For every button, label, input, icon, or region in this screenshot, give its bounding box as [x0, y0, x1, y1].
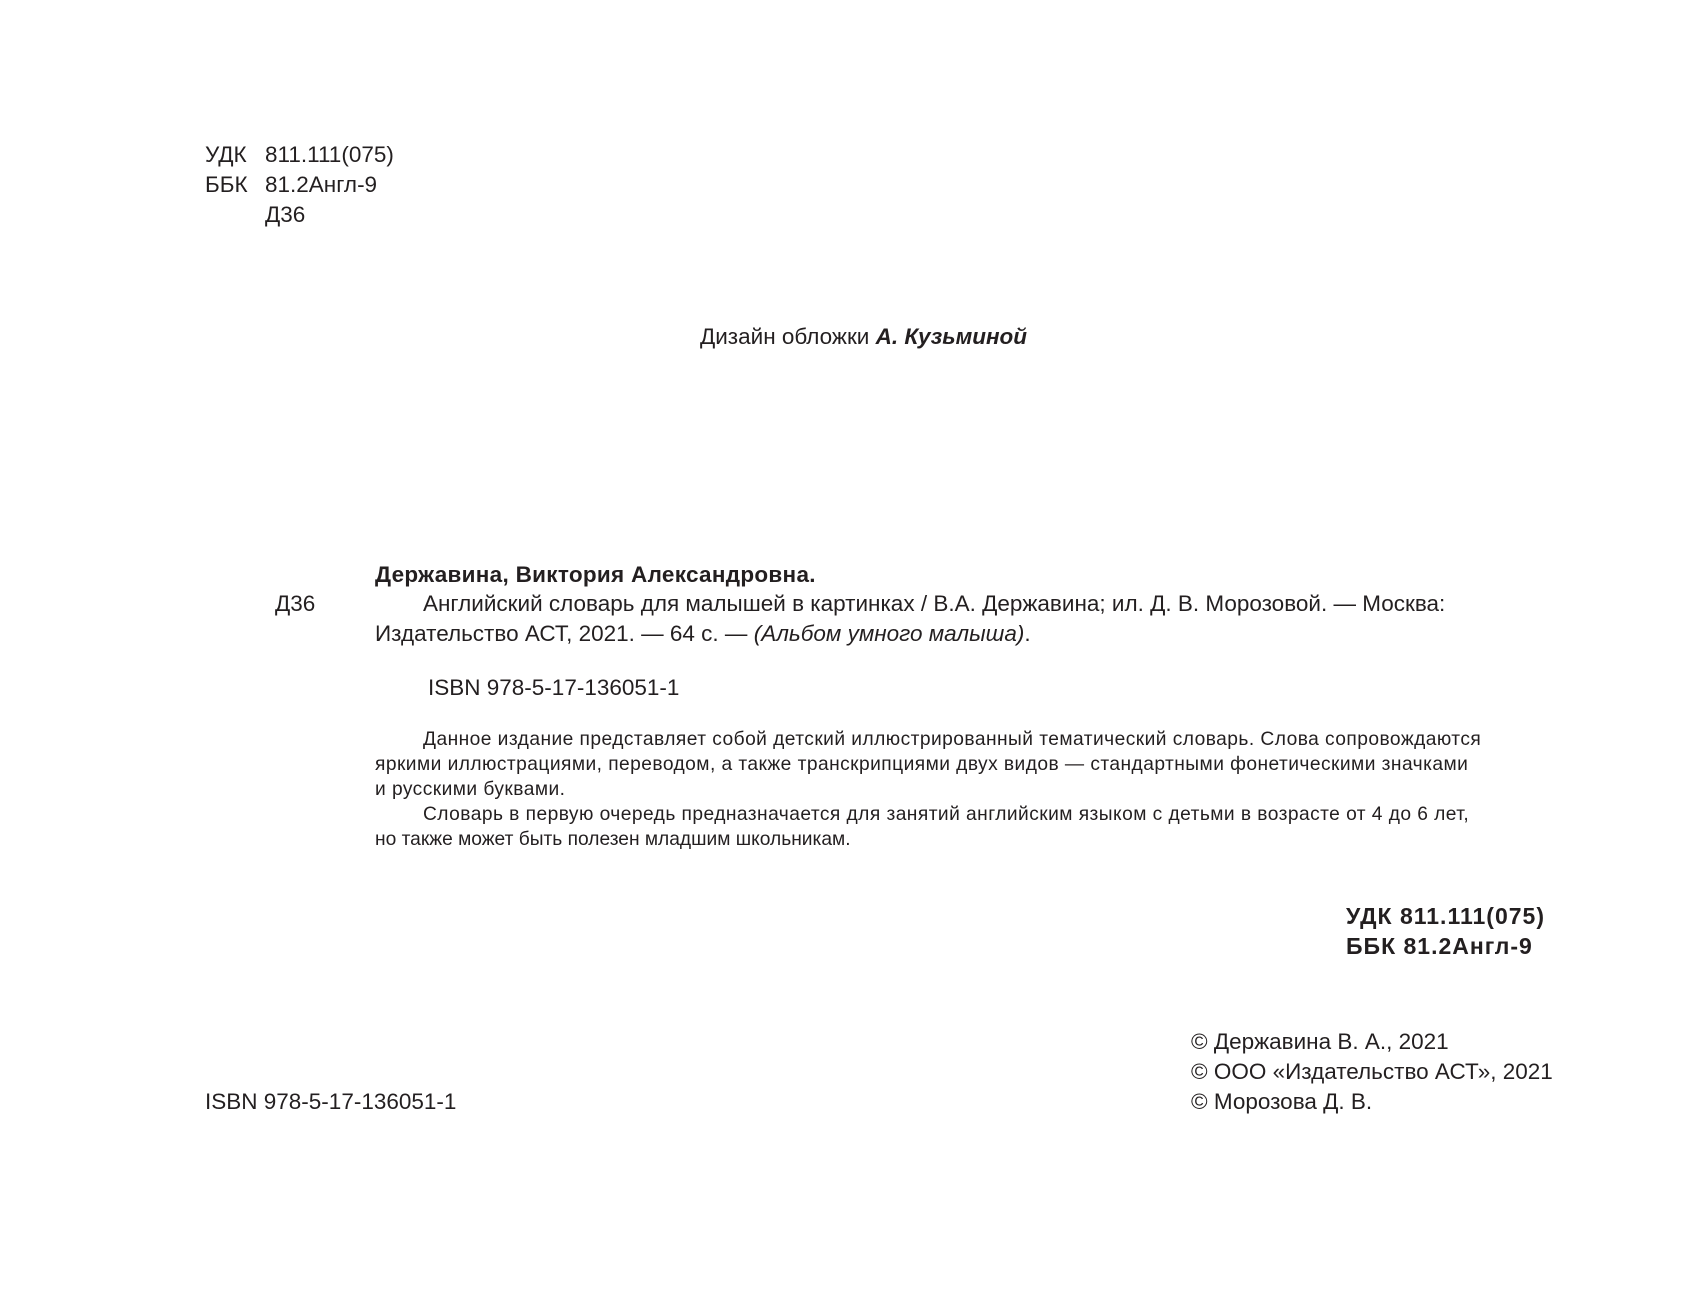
- author-mark-side: Д36: [275, 589, 315, 619]
- isbn-card: ISBN 978-5-17-136051-1: [428, 673, 679, 703]
- abstract: Данное издание представляет собой детски…: [375, 727, 1581, 852]
- description-publisher: Издательство АСТ, 2021. — 64 с. —: [375, 621, 754, 646]
- description-line-2: Издательство АСТ, 2021. — 64 с. — (Альбо…: [375, 619, 1580, 649]
- bbk-label: ББК: [205, 170, 265, 200]
- bibliographic-description: Английский словарь для малышей в картинк…: [375, 589, 1580, 649]
- abstract-line: Словарь в первую очередь предназначается…: [375, 802, 1581, 827]
- bbk-value: 81.2Англ-9: [265, 172, 377, 197]
- classification-block-top: УДК811.111(075) ББК81.2Англ-9 Д36: [205, 140, 394, 230]
- bbk-row: ББК81.2Англ-9: [205, 170, 394, 200]
- copyright-block: © Державина В. А., 2021 © ООО «Издательс…: [1191, 1027, 1553, 1117]
- abstract-paragraph-2: Словарь в первую очередь предназначается…: [375, 802, 1581, 852]
- udk-bold: УДК 811.111(075): [1346, 901, 1545, 931]
- abstract-line: но также может быть полезен младшим школ…: [375, 827, 1581, 852]
- author-mark-top: Д36: [265, 202, 305, 227]
- author-heading: Державина, Виктория Александровна.: [375, 560, 816, 590]
- udk-value: 811.111(075): [265, 142, 394, 167]
- cover-designer-name: А. Кузьминой: [876, 324, 1027, 349]
- abstract-paragraph-1: Данное издание представляет собой детски…: [375, 727, 1581, 802]
- series-title: (Альбом умного малыша): [754, 621, 1025, 646]
- cover-design-credit: Дизайн обложки А. Кузьминой: [700, 322, 1027, 352]
- copyright-line-illustrator: © Морозова Д. В.: [1191, 1087, 1553, 1117]
- abstract-line: яркими иллюстрациями, переводом, а также…: [375, 752, 1581, 777]
- udk-row: УДК811.111(075): [205, 140, 394, 170]
- abstract-line: Данное издание представляет собой детски…: [375, 727, 1581, 752]
- author-mark-row: Д36: [205, 200, 394, 230]
- description-line-1: Английский словарь для малышей в картинк…: [375, 589, 1580, 619]
- isbn-footer: ISBN 978-5-17-136051-1: [205, 1087, 456, 1117]
- classification-block-bottom: УДК 811.111(075) ББК 81.2Англ-9: [1346, 901, 1545, 961]
- copyright-line-publisher: © ООО «Издательство АСТ», 2021: [1191, 1057, 1553, 1087]
- cover-design-prefix: Дизайн обложки: [700, 324, 869, 349]
- udk-label: УДК: [205, 140, 265, 170]
- bbk-bold: ББК 81.2Англ-9: [1346, 931, 1545, 961]
- copyright-line-author: © Державина В. А., 2021: [1191, 1027, 1553, 1057]
- abstract-line: и русскими буквами.: [375, 777, 1581, 802]
- description-end: .: [1024, 621, 1030, 646]
